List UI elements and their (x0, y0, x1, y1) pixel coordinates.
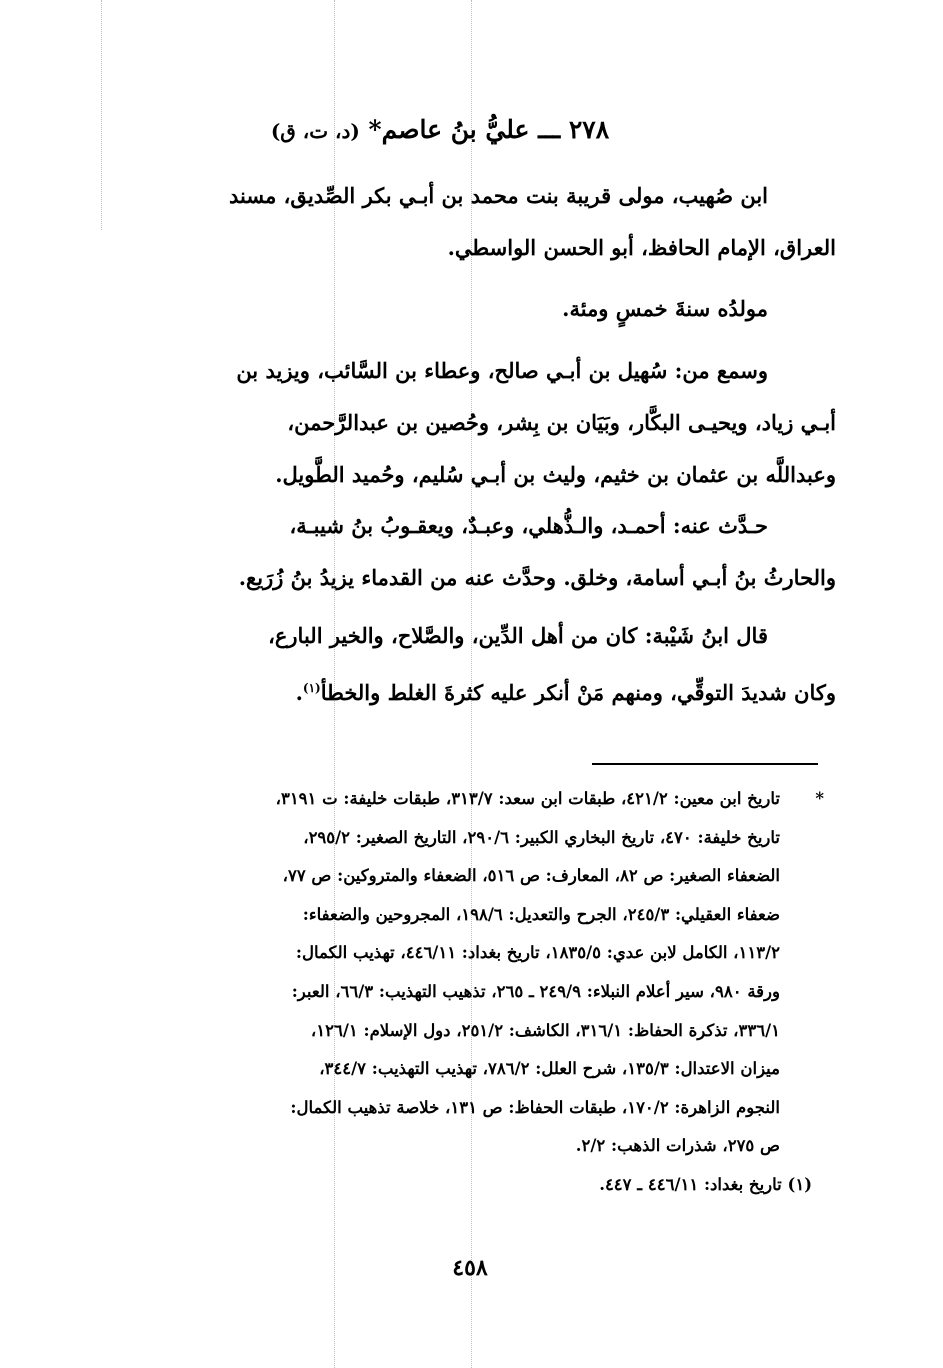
paragraph-ibn-shayba: قال ابنُ شَيْبة: كان من أهل الدِّين، وال… (112, 610, 836, 719)
text-line: ابن صُهيب، مولى قريبة بنت محمد بن أبـي ب… (112, 170, 836, 222)
scan-artifact (101, 0, 102, 230)
footnote-line: ميزان الاعتدال: ١٣٥/٣، شرح العلل: ٧٨٦/٢،… (112, 1050, 824, 1089)
text-line: مولدُه سنةَ خمسٍ ومئة. (112, 283, 836, 335)
entry-star: * (369, 115, 382, 144)
footnote-line: ضعفاء العقيلي: ٢٤٥/٣، الجرح والتعديل: ١٩… (112, 896, 824, 935)
text-line-content: وكان شديدَ التوقِّي، ومنهم مَنْ أنكر علي… (321, 680, 836, 705)
text-line: وسمع من: سُهيل بن أبـي صالح، وعطاء بن ال… (112, 345, 836, 397)
entry-dash: ـــ (538, 115, 560, 144)
entry-heading: ٢٧٨ ـــ عليُّ بنُ عاصم* (د، ت، ق) (240, 108, 640, 153)
final-period: . (296, 680, 303, 705)
footnote-line: النجوم الزاهرة: ١٧٠/٢، طبقات الحفاظ: ص ١… (112, 1089, 824, 1128)
text-line: قال ابنُ شَيْبة: كان من أهل الدِّين، وال… (112, 610, 836, 662)
paragraph-heard-from: وسمع من: سُهيل بن أبـي صالح، وعطاء بن ال… (112, 345, 836, 501)
paragraph-birth: مولدُه سنةَ خمسٍ ومئة. (112, 283, 836, 335)
text-line: حـدَّث عنه: أحمـد، والـذُّهلي، وعبـدٌ، و… (112, 500, 836, 552)
footnote-1: (١) تاريخ بغداد: ٤٤٦/١١ ـ ٤٤٧. (112, 1166, 824, 1205)
footnote-reference[interactable]: (١) (303, 681, 321, 695)
paragraph-lineage: ابن صُهيب، مولى قريبة بنت محمد بن أبـي ب… (112, 170, 836, 274)
footnote-line: تاريخ خليفة: ٤٧٠، تاريخ البخاري الكبير: … (112, 819, 824, 858)
page-number: ٤٥٨ (400, 1255, 540, 1281)
footnote-separator (592, 763, 818, 765)
text-line: وكان شديدَ التوقِّي، ومنهم مَنْ أنكر علي… (112, 662, 836, 719)
text-line: العراق، الإمام الحافظ، أبو الحسن الواسطي… (112, 222, 836, 274)
text-line: والحارثُ بنُ أبـي أسامة، وخلق. وحدَّث عن… (112, 552, 836, 604)
paragraph-narrators: حـدَّث عنه: أحمـد، والـذُّهلي، وعبـدٌ، و… (112, 500, 836, 604)
entry-sigla: (د، ت، ق) (271, 119, 360, 143)
footnote-line: ورقة ٩٨٠، سير أعلام النبلاء: ٢٤٩/٩ ـ ٢٦٥… (112, 973, 824, 1012)
footnote-line: ص ٢٧٥، شذرات الذهب: ٢/٢. (112, 1127, 824, 1166)
footnotes: *تاريخ ابن معين: ٤٢١/٢، طبقات ابن سعد: ٣… (112, 780, 824, 1205)
footnote-line: ٣٣٦/١، تذكرة الحفاظ: ٣١٦/١، الكاشف: ٢٥١/… (112, 1012, 824, 1051)
entry-number: ٢٧٨ (569, 115, 609, 144)
footnote-line: *تاريخ ابن معين: ٤٢١/٢، طبقات ابن سعد: ٣… (112, 780, 824, 819)
footnote-line: ١١٣/٢، الكامل لابن عدي: ١٨٣٥/٥، تاريخ بغ… (112, 934, 824, 973)
book-page: ٢٧٨ ـــ عليُّ بنُ عاصم* (د، ت، ق) ابن صُ… (0, 0, 943, 1368)
text-line: وعبداللَّه بن عثمان بن خثيم، وليث بن أبـ… (112, 449, 836, 501)
footnote-line: الضعفاء الصغير: ص ٨٢، المعارف: ص ٥١٦، ال… (112, 857, 824, 896)
footnote-star-marker: * (794, 780, 824, 819)
footnote-text: تاريخ ابن معين: ٤٢١/٢، طبقات ابن سعد: ٣١… (276, 789, 780, 808)
entry-name: عليُّ بنُ عاصم (382, 115, 530, 144)
text-line: أبـي زياد، ويحيـى البكَّار، وبَيَان بن ب… (112, 397, 836, 449)
